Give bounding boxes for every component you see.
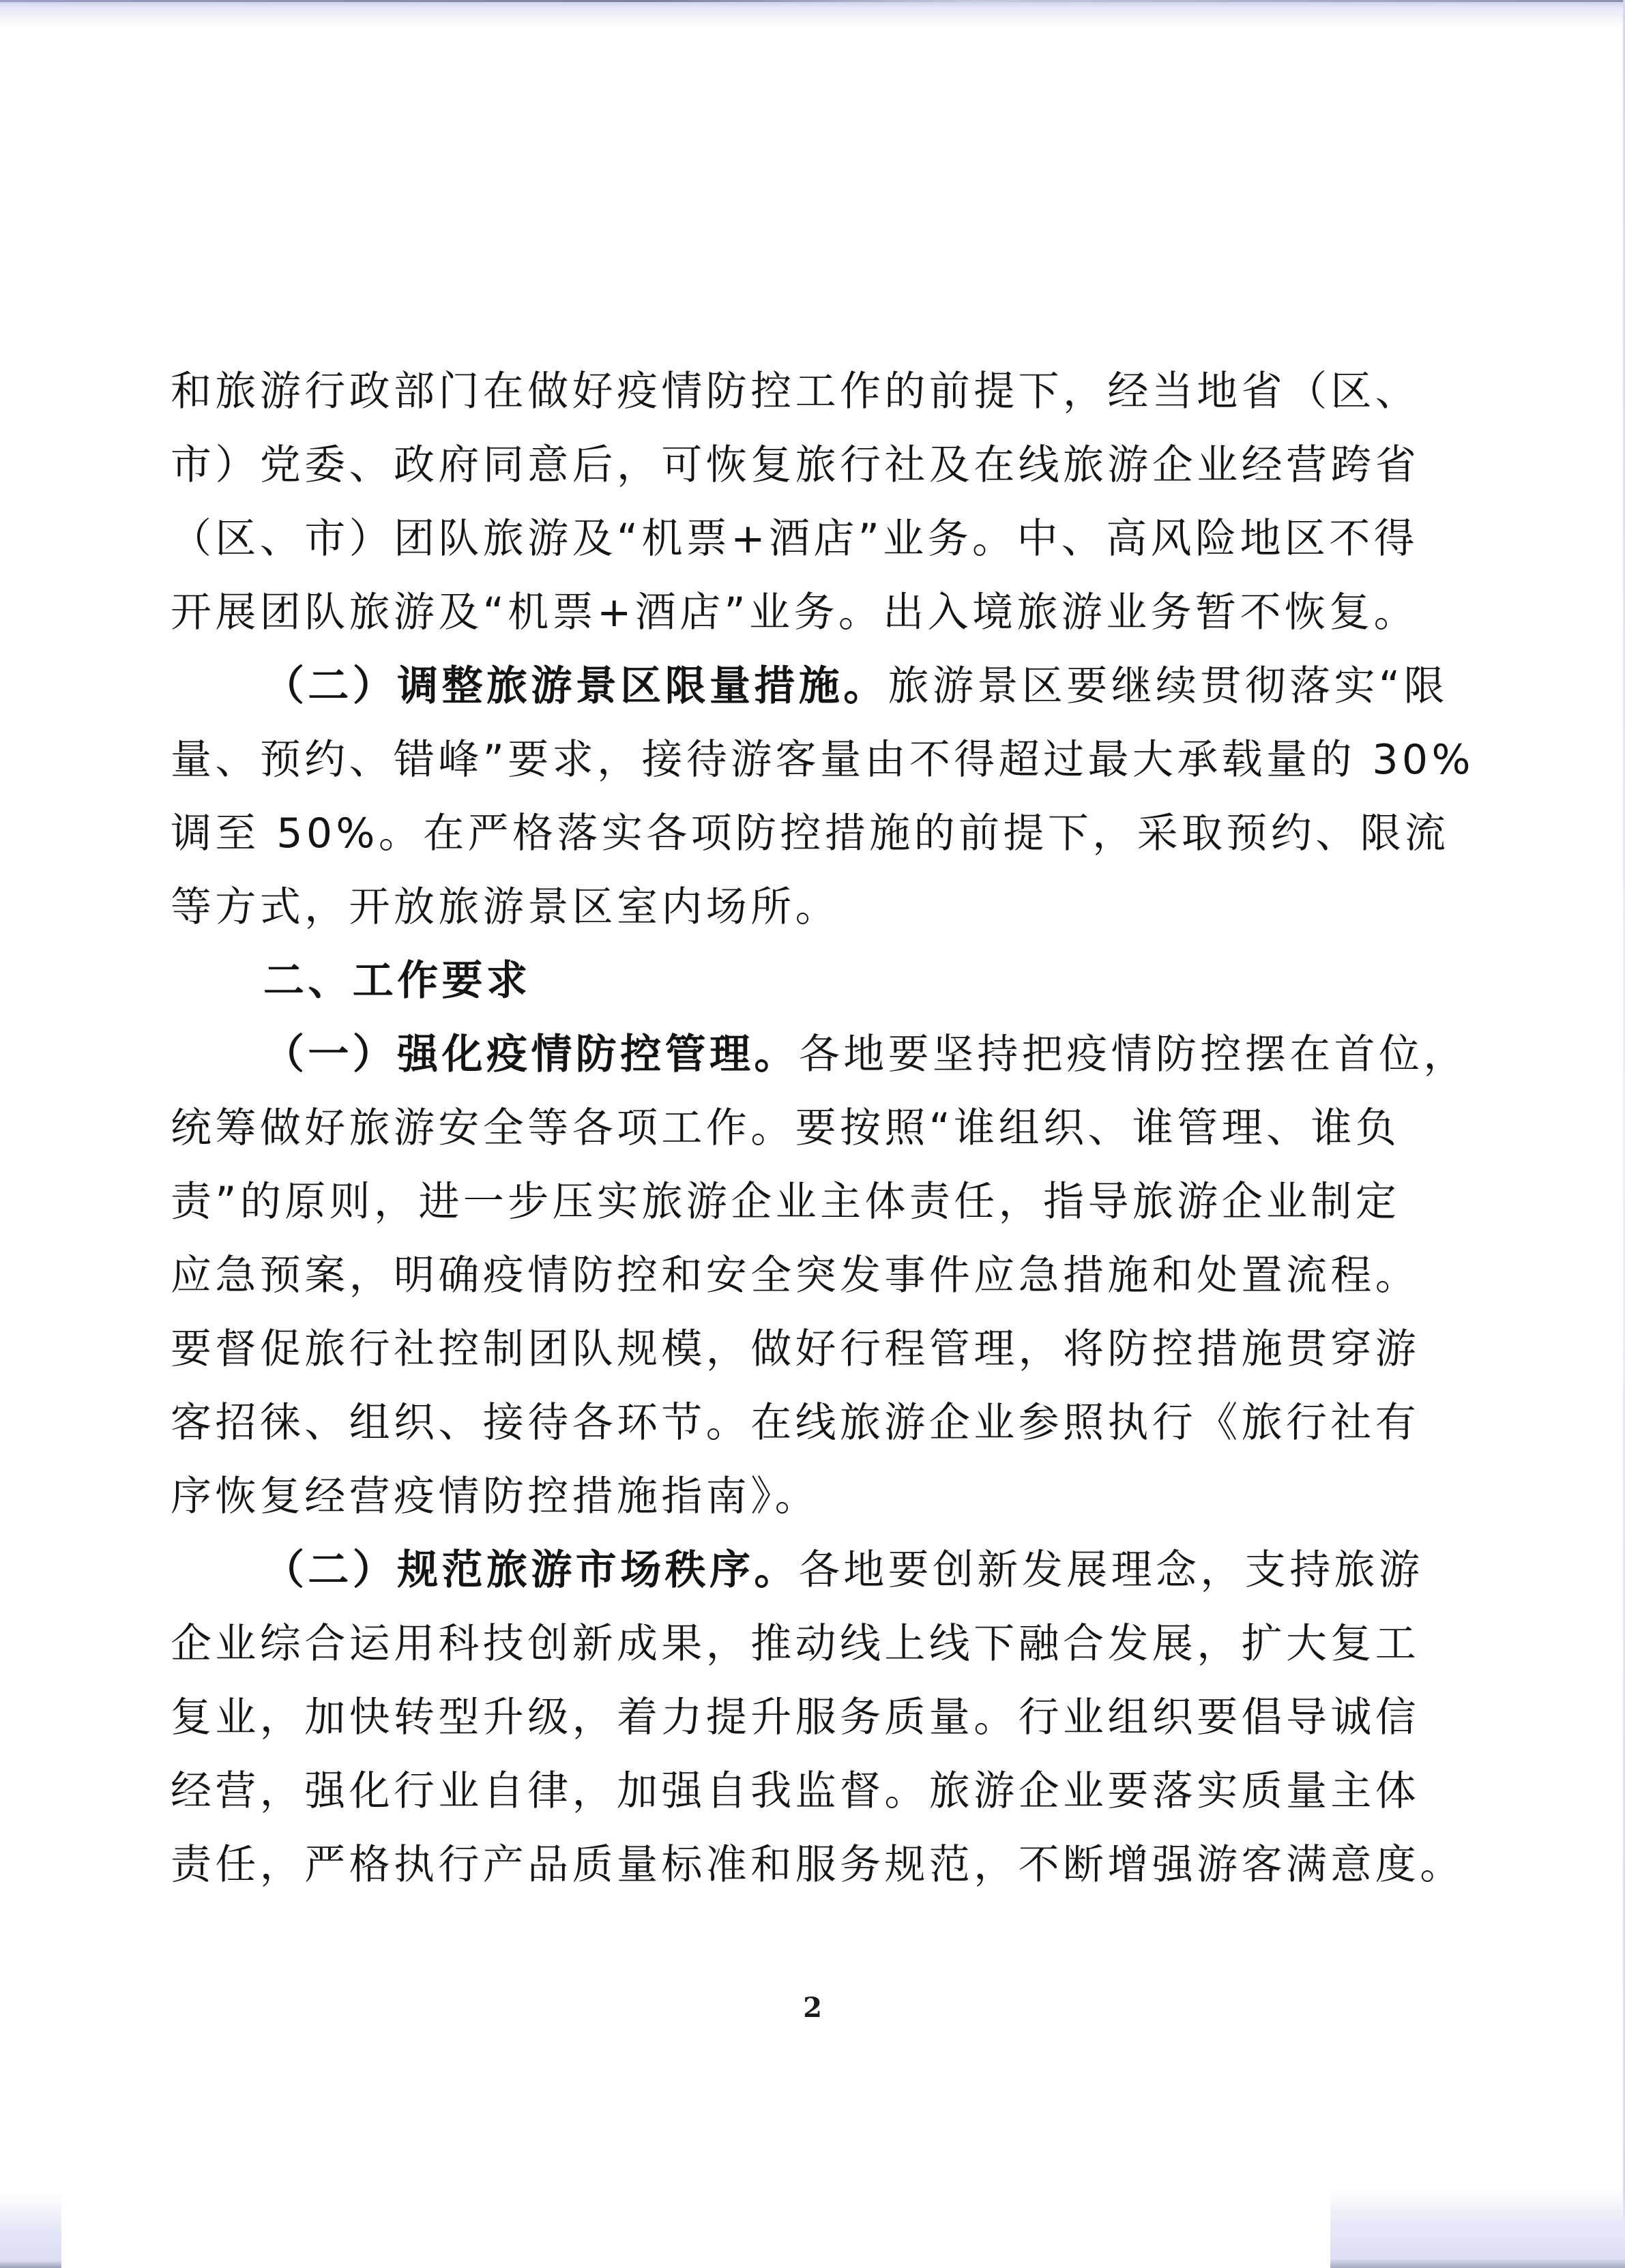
section-strengthen-epidemic-control: （一）强化疫情防控管理。各地要坚持把疫情防控摆在首位， [171, 1018, 1338, 1091]
paragraph-line: 责任，严格执行产品质量标准和服务规范，不断增强游客满意度。 [171, 1828, 1338, 1902]
paragraph-line: 企业综合运用科技创新成果，推动线上线下融合发展，扩大复工 [171, 1607, 1338, 1681]
section-adjust-scenic-limits: （二）调整旅游景区限量措施。旅游景区要继续贯彻落实“限 [171, 649, 1338, 723]
paragraph-line: （区、市）团队旅游及“机票+酒店”业务。中、高风险地区不得 [171, 502, 1338, 576]
scan-edge-top [0, 0, 1625, 2]
section-text: 各地要创新发展理念，支持旅游 [799, 1546, 1424, 1594]
section-text: 各地要坚持把疫情防控摆在首位， [799, 1031, 1468, 1078]
section-lead: （二）规范旅游市场秩序。 [263, 1546, 799, 1594]
paragraph-line: 经营，强化行业自律，加强自我监督。旅游企业要落实质量主体 [171, 1754, 1338, 1828]
paragraph-line: 应急预案，明确疫情防控和安全突发事件应急措施和处置流程。 [171, 1239, 1338, 1312]
section-regulate-market-order: （二）规范旅游市场秩序。各地要创新发展理念，支持旅游 [171, 1533, 1338, 1607]
paragraph-line: 量、预约、错峰”要求，接待游客量由不得超过最大承载量的 30% [171, 723, 1338, 797]
paragraph-line: 序恢复经营疫情防控措施指南》。 [171, 1460, 1338, 1533]
section-lead: （二）调整旅游景区限量措施。 [263, 662, 888, 710]
section-text: 旅游景区要继续贯彻落实“限 [888, 662, 1448, 710]
paragraph-line: 调至 50%。在严格落实各项防控措施的前提下，采取预约、限流 [171, 797, 1338, 870]
paragraph-line: 统筹做好旅游安全等各项工作。要按照“谁组织、谁管理、谁负 [171, 1091, 1338, 1165]
scan-shadow-bottom-left [0, 2193, 61, 2268]
section-heading-work-requirements: 二、工作要求 [171, 944, 1338, 1018]
scan-shadow-bottom-right [1330, 2190, 1625, 2268]
paragraph-line: 要督促旅行社控制团队规模，做好行程管理，将防控措施贯穿游 [171, 1312, 1338, 1386]
paragraph-line: 责”的原则，进一步压实旅游企业主体责任，指导旅游企业制定 [171, 1165, 1338, 1239]
page-number: 2 [785, 1992, 840, 2024]
document-body: 和旅游行政部门在做好疫情防控工作的前提下，经当地省（区、 市）党委、政府同意后，… [171, 355, 1338, 1902]
paragraph-line: 复业，加快转型升级，着力提升服务质量。行业组织要倡导诚信 [171, 1681, 1338, 1754]
paragraph-line: 客招徕、组织、接待各环节。在线旅游企业参照执行《旅行社有 [171, 1386, 1338, 1460]
paragraph-line: 和旅游行政部门在做好疫情防控工作的前提下，经当地省（区、 [171, 355, 1338, 428]
scan-shadow-top [0, 0, 1625, 27]
section-lead: （一）强化疫情防控管理。 [263, 1031, 799, 1078]
paragraph-line: 市）党委、政府同意后，可恢复旅行社及在线旅游企业经营跨省 [171, 428, 1338, 502]
paragraph-line: 开展团队旅游及“机票+酒店”业务。出入境旅游业务暂不恢复。 [171, 576, 1338, 649]
paragraph-line: 等方式，开放旅游景区室内场所。 [171, 870, 1338, 944]
